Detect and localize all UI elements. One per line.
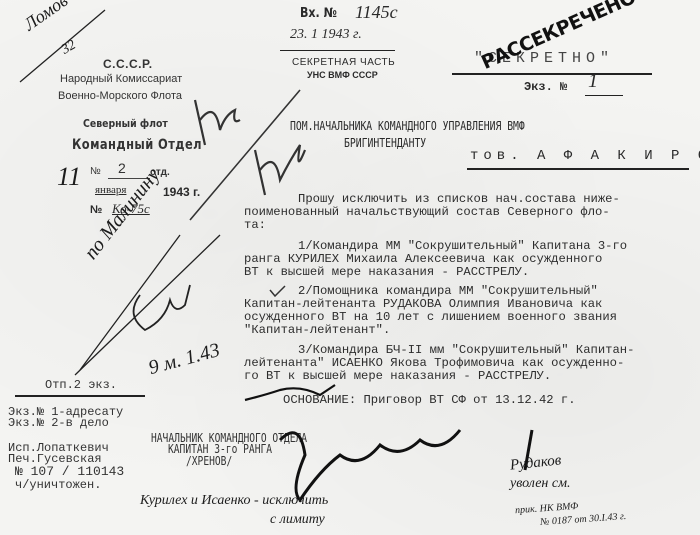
- distribution-copies: Отп.2 экз.: [45, 380, 117, 391]
- incoming-divider: [280, 50, 395, 51]
- incoming-date: 23. 1 1943 г.: [290, 27, 362, 43]
- addressee-name: тов. А Ф А К И Р О В У: [470, 148, 700, 164]
- letterhead-month: января: [95, 184, 126, 196]
- addressee-line-1: ПОМ.НАЧАЛЬНИКА КОМАНДНОГО УПРАВЛЕНИЯ ВМФ: [290, 118, 525, 133]
- incoming-org: УНС ВМФ СССР: [307, 70, 378, 80]
- item-3-line-3: го ВТ к высшей мере наказания - РАССТРЕЛ…: [244, 370, 551, 383]
- body-intro-2: поименованный начальствующий состав Севе…: [244, 206, 610, 219]
- handwritten-right-note-3: прик. НК ВМФ: [515, 501, 579, 516]
- letterhead-navy: Военно-Морского Флота: [58, 90, 182, 102]
- letterhead-commissariat: Народный Комиссариат: [60, 73, 182, 85]
- addressee-line-2: БРИГИНТЕНДАНТУ: [344, 135, 426, 150]
- basis-line: ОСНОВАНИЕ: Приговор ВТ СФ от 13.12.42 г.: [283, 394, 576, 407]
- signatory-name: /ХРЕНОВ/: [186, 456, 232, 467]
- copy-label: Экз. №: [524, 80, 567, 94]
- handwritten-right-note-1: Рудаков: [509, 452, 562, 474]
- distribution-divider: [15, 395, 145, 397]
- letterhead-department: Командный Отдел: [72, 137, 202, 153]
- distribution-number: № 107 / 110143: [15, 466, 124, 477]
- letterhead-reg-label: №: [90, 204, 102, 216]
- letterhead-dept-no-label: №: [90, 166, 101, 177]
- incoming-number: 1145с: [355, 2, 398, 23]
- handwritten-bottom-note-1: Курилех и Исаенко - исключить: [140, 493, 328, 509]
- letterhead-year: 1943 г.: [163, 185, 200, 199]
- handwritten-top-left: Ломов: [20, 0, 72, 35]
- distribution-copy-2: Экз.№ 2-в дело: [8, 418, 109, 429]
- handwritten-bottom-note-2: с лимиту: [270, 512, 325, 528]
- scanned-document-page: С.С.С.Р. Народный Комиссариат Военно-Мор…: [0, 0, 700, 535]
- addressee-underline: [467, 168, 689, 170]
- handwritten-side-date: 9 м. 1.43: [146, 339, 222, 380]
- letterhead-dept-no: 2: [118, 160, 126, 176]
- item-1-line-3: ВТ к высшей мере наказания - РАССТРЕЛУ.: [244, 266, 529, 279]
- body-intro-3: та:: [244, 219, 266, 232]
- letterhead-fleet: Северный флот: [83, 117, 168, 130]
- classification-divider: [452, 73, 652, 75]
- handwritten-right-note-2: уволен см.: [510, 476, 571, 492]
- letterhead-day: 11: [57, 162, 81, 192]
- incoming-part: СЕКРЕТНАЯ ЧАСТЬ: [292, 57, 395, 68]
- incoming-label: Вх. №: [300, 6, 337, 21]
- distribution-destroyed: ч/уничтожен.: [15, 480, 101, 491]
- copy-underline: [585, 95, 623, 96]
- copy-value: 1: [588, 70, 598, 93]
- item-2-line-4: "Капитан-лейтенант".: [244, 324, 390, 337]
- handwritten-top-left-number: 32: [59, 38, 79, 59]
- letterhead-country: С.С.С.Р.: [103, 57, 153, 71]
